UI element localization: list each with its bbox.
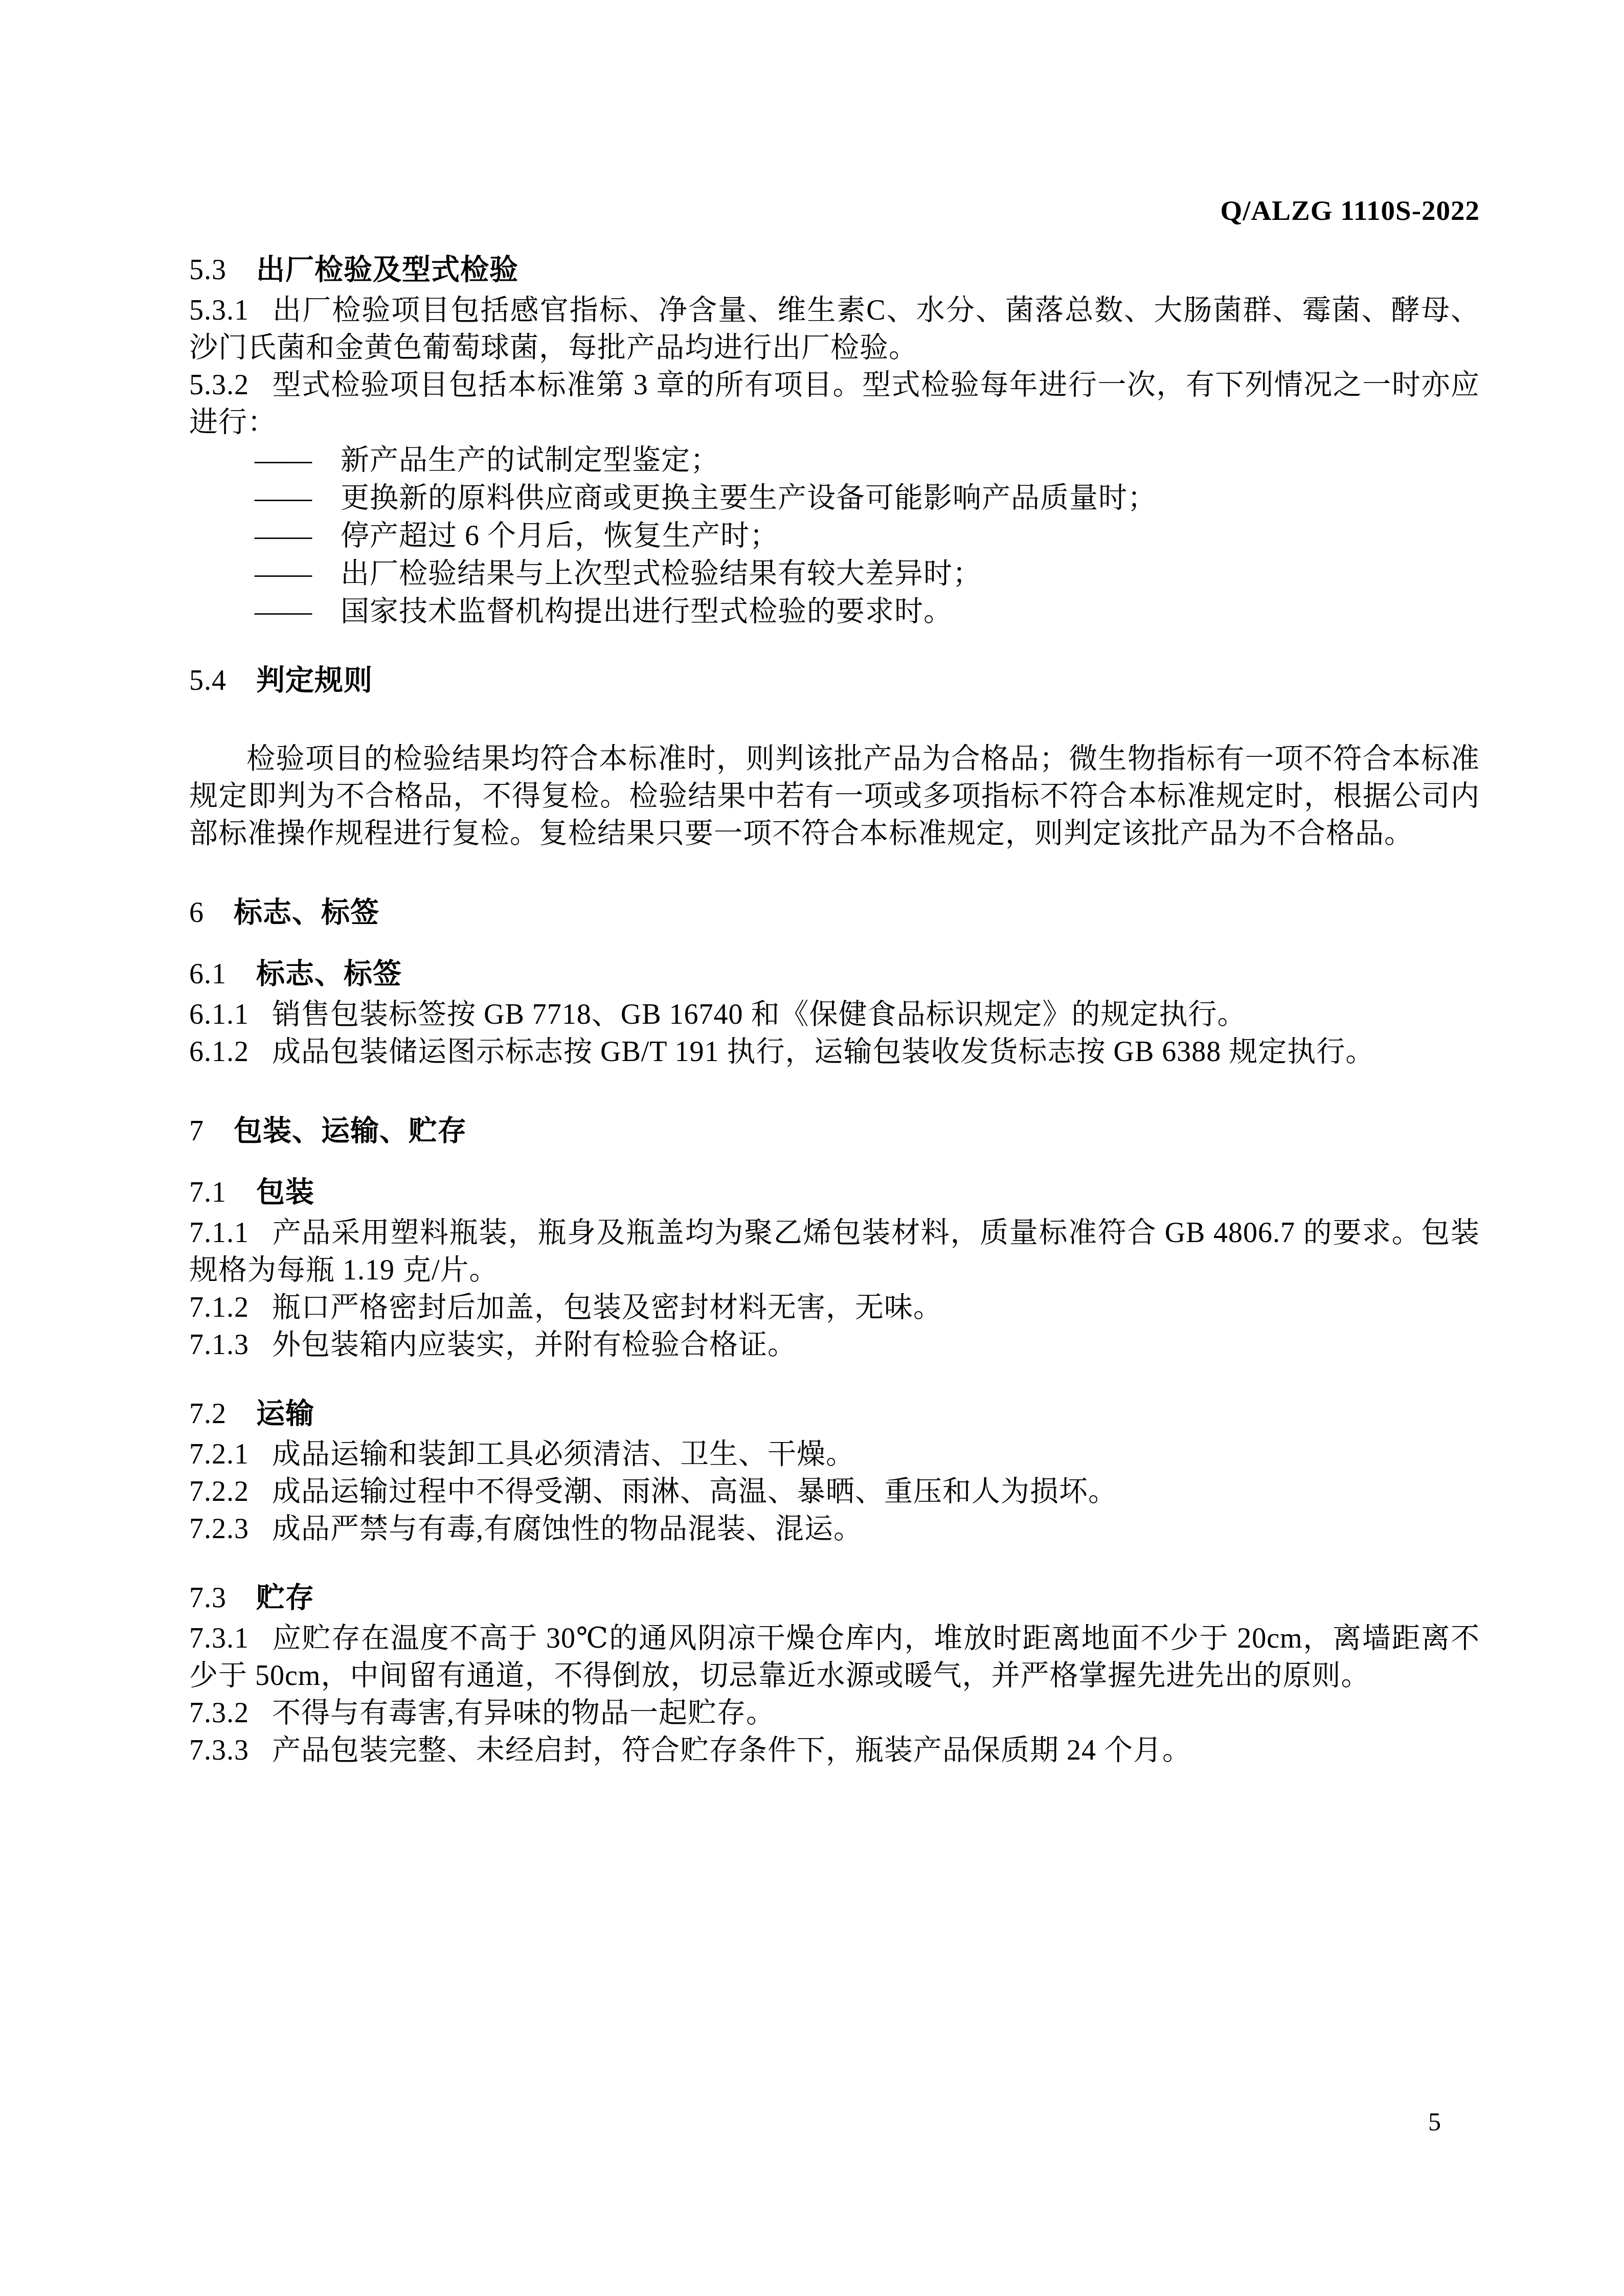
section-heading-6: 6标志、标签 — [189, 893, 1480, 932]
clause-number: 6.1 — [189, 958, 227, 990]
clause-number: 7.3.3 — [189, 1735, 249, 1766]
clause-number: 7.2.3 — [189, 1513, 249, 1545]
clause-text: 成品严禁与有毒,有腐蚀性的物品混装、混运。 — [272, 1513, 863, 1545]
clause-paragraph-7.3.3: 7.3.3产品包装完整、未经启封，符合贮存条件下，瓶装产品保质期 24 个月。 — [189, 1732, 1480, 1769]
heading-title: 包装 — [256, 1176, 314, 1208]
clause-number: 5.3.2 — [189, 369, 249, 401]
clause-number: 7.3.2 — [189, 1697, 249, 1729]
clause-paragraph-7.3.1: 7.3.1应贮存在温度不高于 30℃的通风阴凉干燥仓库内，堆放时距离地面不少于 … — [189, 1620, 1480, 1695]
dash-item-text: 新产品生产的试制定型鉴定； — [341, 444, 719, 476]
clause-number: 7.1 — [189, 1177, 227, 1208]
clause-text: 型式检验项目包括本标准第 3 章的所有项目。型式检验每年进行一次，有下列情况之一… — [189, 369, 1480, 438]
clause-number: 6.1.2 — [189, 1036, 249, 1068]
clause-number: 7.2 — [189, 1398, 227, 1430]
clause-paragraph-7.2.3: 7.2.3成品严禁与有毒,有腐蚀性的物品混装、混运。 — [189, 1511, 1480, 1548]
section-heading-6.1: 6.1标志、标签 — [189, 955, 1480, 993]
dash-item-text: 国家技术监督机构提出进行型式检验的要求时。 — [341, 596, 953, 627]
dash-list-item: ——更换新的原料供应商或更换主要生产设备可能影响产品质量时； — [189, 479, 1480, 517]
clause-paragraph-7.1.3: 7.1.3外包装箱内应装实，并附有检验合格证。 — [189, 1326, 1480, 1364]
document-content: 5.3出厂检验及型式检验5.3.1出厂检验项目包括感官指标、净含量、维生素C、水… — [189, 220, 1480, 1769]
dash-list-item: ——国家技术监督机构提出进行型式检验的要求时。 — [189, 593, 1480, 631]
dash-list-item: ——新产品生产的试制定型鉴定； — [189, 441, 1480, 479]
dash-item-text: 出厂检验结果与上次型式检验结果有较大差异时； — [341, 558, 982, 590]
clause-text: 产品采用塑料瓶装，瓶身及瓶盖均为聚乙烯包装材料，质量标准符合 GB 4806.7… — [189, 1217, 1480, 1286]
section-heading-7.2: 7.2运输 — [189, 1394, 1480, 1433]
clause-number: 7.2.2 — [189, 1476, 249, 1507]
section-heading-7: 7包装、运输、贮存 — [189, 1112, 1480, 1150]
clause-number: 7.3 — [189, 1582, 227, 1614]
clause-paragraph-6.1.1: 6.1.1销售包装标签按 GB 7718、GB 16740 和《保健食品标识规定… — [189, 996, 1480, 1033]
dash-list-item: ——出厂检验结果与上次型式检验结果有较大差异时； — [189, 555, 1480, 593]
clause-text: 成品运输和装卸工具必须清洁、卫生、干燥。 — [272, 1438, 855, 1470]
clause-number: 6 — [189, 897, 204, 929]
section-heading-5.4: 5.4判定规则 — [189, 661, 1480, 700]
clause-text: 出厂检验项目包括感官指标、净含量、维生素C、水分、菌落总数、大肠菌群、霉菌、酵母… — [189, 295, 1480, 364]
clause-text: 不得与有毒害,有异味的物品一起贮存。 — [272, 1697, 775, 1729]
clause-number: 7.3.1 — [189, 1623, 249, 1654]
dash-marker: —— — [255, 482, 312, 514]
clause-paragraph-5.3.1: 5.3.1出厂检验项目包括感官指标、净含量、维生素C、水分、菌落总数、大肠菌群、… — [189, 292, 1480, 367]
clause-number: 5.3.1 — [189, 295, 249, 326]
clause-paragraph-7.1.1: 7.1.1产品采用塑料瓶装，瓶身及瓶盖均为聚乙烯包装材料，质量标准符合 GB 4… — [189, 1214, 1480, 1289]
clause-text: 外包装箱内应装实，并附有检验合格证。 — [272, 1329, 797, 1361]
dash-item-text: 停产超过 6 个月后，恢复生产时； — [341, 520, 779, 552]
clause-paragraph-7.2.1: 7.2.1成品运输和装卸工具必须清洁、卫生、干燥。 — [189, 1436, 1480, 1473]
clause-text: 瓶口严格密封后加盖，包装及密封材料无害，无味。 — [272, 1292, 942, 1323]
heading-title: 标志、标签 — [256, 957, 402, 989]
heading-title: 贮存 — [256, 1581, 314, 1613]
section-heading-7.3: 7.3贮存 — [189, 1579, 1480, 1617]
heading-title: 出厂检验及型式检验 — [256, 253, 518, 285]
dash-marker: —— — [255, 558, 312, 590]
dash-marker: —— — [255, 444, 312, 476]
document-page: Q/ALZG 1110S-2022 5.3出厂检验及型式检验5.3.1出厂检验项… — [0, 0, 1624, 2296]
clause-text: 应贮存在温度不高于 30℃的通风阴凉干燥仓库内，堆放时距离地面不少于 20cm，… — [189, 1623, 1480, 1692]
clause-text: 成品包装储运图示标志按 GB/T 191 执行，运输包装收发货标志按 GB 63… — [272, 1036, 1374, 1068]
dash-list-item: ——停产超过 6 个月后，恢复生产时； — [189, 517, 1480, 555]
clause-number: 5.4 — [189, 665, 227, 696]
section-heading-5.3: 5.3出厂检验及型式检验 — [189, 251, 1480, 289]
clause-number: 5.3 — [189, 254, 227, 286]
heading-title: 判定规则 — [256, 664, 373, 696]
clause-paragraph-7.3.2: 7.3.2不得与有毒害,有异味的物品一起贮存。 — [189, 1695, 1480, 1732]
heading-title: 包装、运输、贮存 — [234, 1114, 467, 1146]
clause-number: 6.1.1 — [189, 999, 249, 1030]
section-heading-7.1: 7.1包装 — [189, 1173, 1480, 1211]
clause-paragraph-5.3.2: 5.3.2型式检验项目包括本标准第 3 章的所有项目。型式检验每年进行一次，有下… — [189, 367, 1480, 441]
clause-text: 产品包装完整、未经启封，符合贮存条件下，瓶装产品保质期 24 个月。 — [272, 1735, 1191, 1766]
clause-number: 7.1.1 — [189, 1217, 249, 1249]
clause-number: 7.2.1 — [189, 1438, 249, 1470]
body-paragraph: 检验项目的检验结果均符合本标准时，则判该批产品为合格品；微生物指标有一项不符合本… — [189, 740, 1480, 852]
clause-text: 成品运输过程中不得受潮、雨淋、高温、暴晒、重压和人为损坏。 — [272, 1476, 1117, 1507]
heading-title: 标志、标签 — [234, 896, 379, 928]
clause-paragraph-6.1.2: 6.1.2成品包装储运图示标志按 GB/T 191 执行，运输包装收发货标志按 … — [189, 1033, 1480, 1071]
clause-paragraph-7.2.2: 7.2.2成品运输过程中不得受潮、雨淋、高温、暴晒、重压和人为损坏。 — [189, 1473, 1480, 1511]
clause-number: 7.1.3 — [189, 1329, 249, 1361]
heading-title: 运输 — [256, 1397, 314, 1429]
clause-number: 7.1.2 — [189, 1292, 249, 1323]
dash-item-text: 更换新的原料供应商或更换主要生产设备可能影响产品质量时； — [341, 482, 1157, 514]
dash-marker: —— — [255, 520, 312, 552]
clause-text: 销售包装标签按 GB 7718、GB 16740 和《保健食品标识规定》的规定执… — [272, 999, 1247, 1030]
page-number: 5 — [1428, 2109, 1441, 2134]
clause-number: 7 — [189, 1115, 204, 1147]
clause-paragraph-7.1.2: 7.1.2瓶口严格密封后加盖，包装及密封材料无害，无味。 — [189, 1289, 1480, 1326]
dash-marker: —— — [255, 596, 312, 627]
